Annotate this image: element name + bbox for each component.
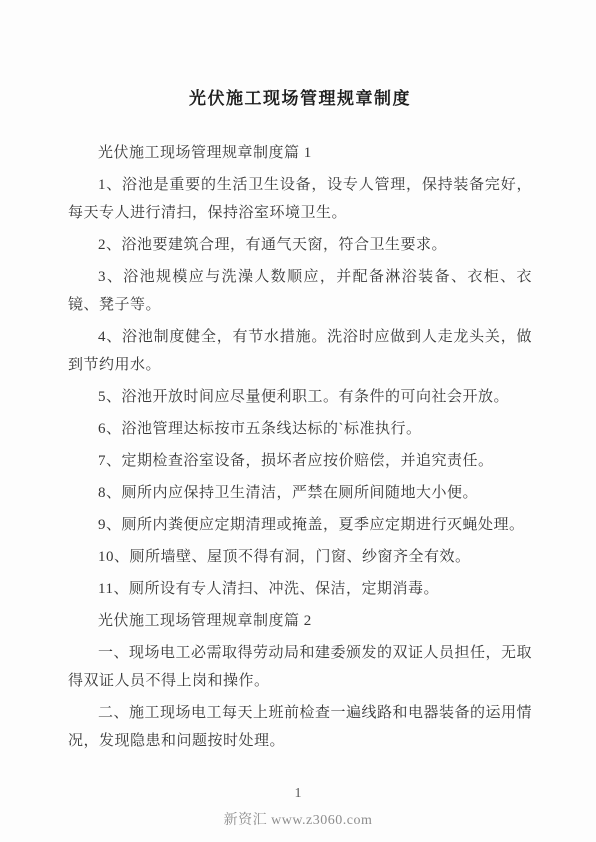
list-item: 10、厕所墙壁、屋顶不得有洞，门窗、纱窗齐全有效。 xyxy=(68,543,532,571)
list-item: 一、现场电工必需取得劳动局和建委颁发的双证人员担任，无取得双证人员不得上岗和操作… xyxy=(68,639,532,695)
list-item: 11、厕所设有专人清扫、冲洗、保洁，定期消毒。 xyxy=(68,575,532,603)
document-content: 光伏施工现场管理规章制度 光伏施工现场管理规章制度篇 1 1、浴池是重要的生活卫… xyxy=(68,86,532,759)
document-page: 光伏施工现场管理规章制度 光伏施工现场管理规章制度篇 1 1、浴池是重要的生活卫… xyxy=(0,0,596,842)
section-1-heading: 光伏施工现场管理规章制度篇 1 xyxy=(68,139,532,167)
list-item: 7、定期检查浴室设备，损坏者应按价赔偿，并追究责任。 xyxy=(68,447,532,475)
list-item: 二、施工现场电工每天上班前检查一遍线路和电器装备的运用情况，发现隐患和问题按时处… xyxy=(68,699,532,755)
list-item: 6、浴池管理达标按市五条线达标的`标准执行。 xyxy=(68,415,532,443)
list-item: 5、浴池开放时间应尽量便利职工。有条件的可向社会开放。 xyxy=(68,383,532,411)
list-item: 2、浴池要建筑合理，有通气天窗，符合卫生要求。 xyxy=(68,231,532,259)
list-item: 4、浴池制度健全，有节水措施。洗浴时应做到人走龙头关，做到节约用水。 xyxy=(68,323,532,379)
section-2-heading: 光伏施工现场管理规章制度篇 2 xyxy=(68,607,532,635)
document-title: 光伏施工现场管理规章制度 xyxy=(68,86,532,112)
list-item: 9、厕所内粪便应定期清理或掩盖，夏季应定期进行灭蝇处理。 xyxy=(68,511,532,539)
page-number: 1 xyxy=(0,786,596,802)
list-item: 3、浴池规模应与洗澡人数顺应，并配备淋浴装备、衣柜、衣镜、凳子等。 xyxy=(68,263,532,319)
watermark-site-link: 新资汇 www.z3060.com xyxy=(0,812,596,830)
list-item: 8、厕所内应保持卫生清洁，严禁在厕所间随地大小便。 xyxy=(68,479,532,507)
list-item: 1、浴池是重要的生活卫生设备，设专人管理，保持装备完好，每天专人进行清扫，保持浴… xyxy=(68,171,532,227)
